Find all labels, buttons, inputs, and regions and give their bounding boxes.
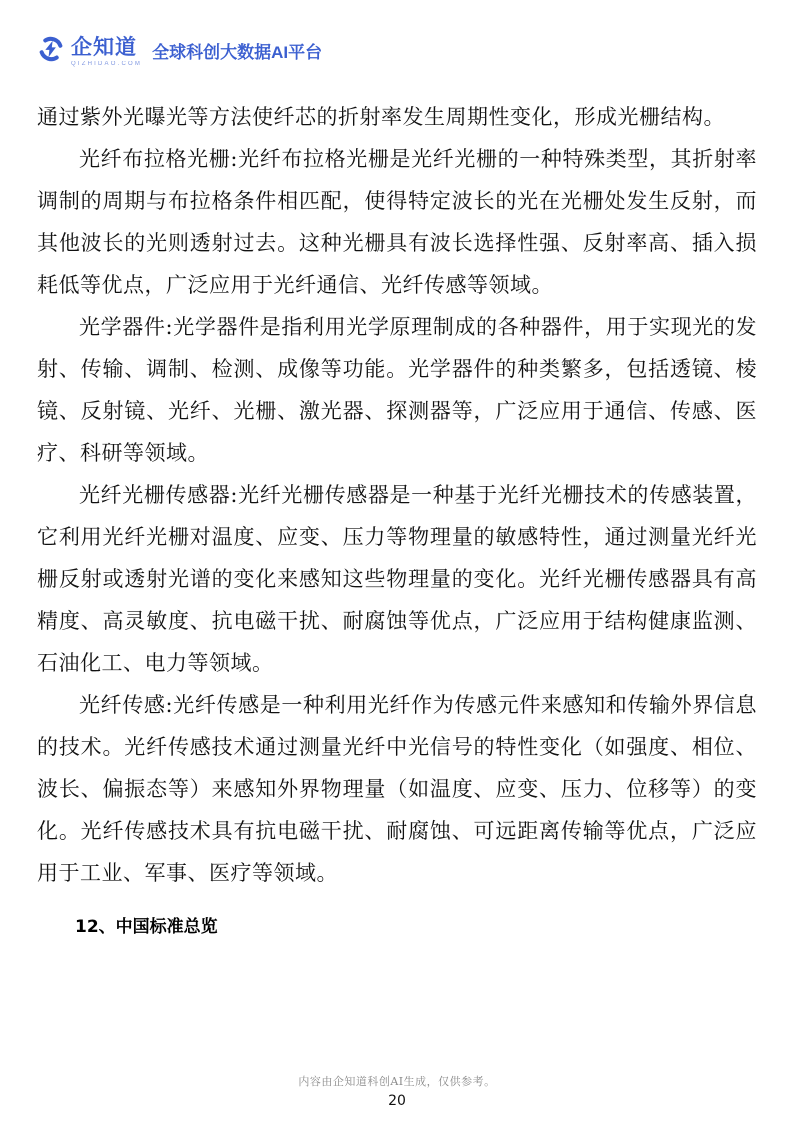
document-body: 通过紫外光曝光等方法使纤芯的折射率发生周期性变化，形成光栅结构。 光纤布拉格光栅… [37,96,757,948]
ai-disclaimer-text: 内容由企知道科创AI生成，仅供参考。 [0,1073,794,1089]
paragraph-fbg-sensor: 光纤光栅传感器:光纤光栅传感器是一种基于光纤光栅技术的传感装置，它利用光纤光栅对… [37,474,757,684]
document-page: 企知道 QIZHIDAO.COM 全球科创大数据AI平台 通过紫外光曝光等方法使… [0,0,794,1123]
paragraph-optical-devices: 光学器件:光学器件是指利用光学原理制成的各种器件，用于实现光的发射、传输、调制、… [37,306,757,474]
logo-text: 企知道 [71,37,142,58]
page-footer: 内容由企知道科创AI生成，仅供参考。 20 [0,1073,794,1109]
logo-subtext: QIZHIDAO.COM [71,61,142,67]
section-heading-china-standards: 12、中国标准总览 [37,906,757,948]
page-number: 20 [0,1093,794,1109]
paragraph-continuation: 通过紫外光曝光等方法使纤芯的折射率发生周期性变化，形成光栅结构。 [37,96,757,138]
logo-text-block: 企知道 QIZHIDAO.COM [71,37,142,67]
qizhidao-logo-icon [38,36,64,62]
paragraph-fiber-sensing: 光纤传感:光纤传感是一种利用光纤作为传感元件来感知和传输外界信息的技术。光纤传感… [37,684,757,894]
paragraph-fiber-bragg-grating: 光纤布拉格光栅:光纤布拉格光栅是光纤光栅的一种特殊类型，其折射率调制的周期与布拉… [37,138,757,306]
brand-tagline: 全球科创大数据AI平台 [152,38,322,63]
page-header: 企知道 QIZHIDAO.COM 全球科创大数据AI平台 [38,30,756,74]
